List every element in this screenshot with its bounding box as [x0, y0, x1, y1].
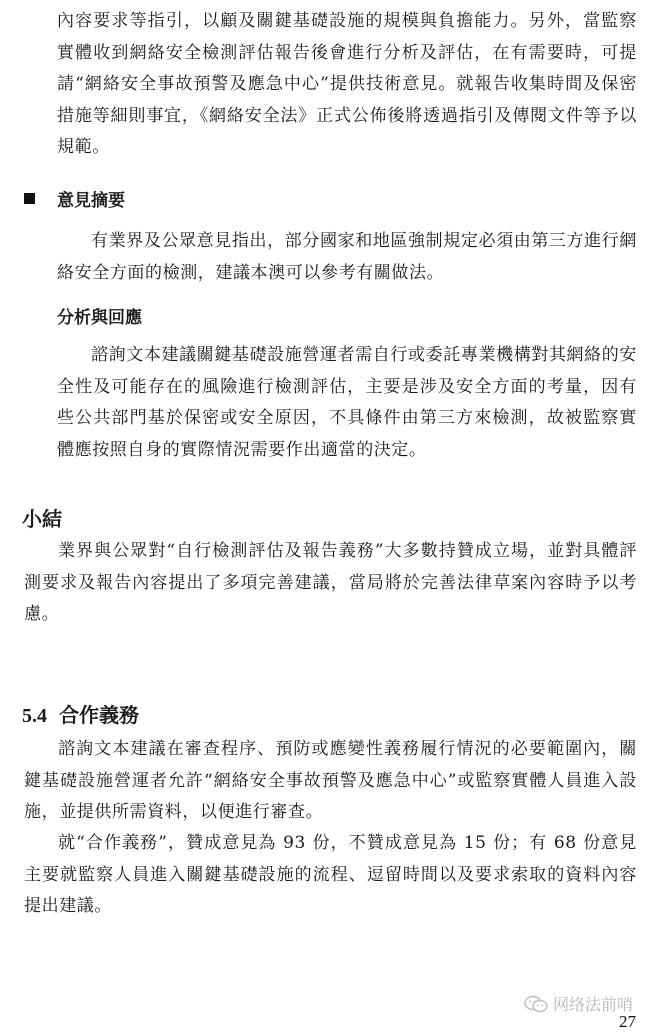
wechat-watermark: 网络法前哨 — [523, 992, 633, 1015]
section-5-4-heading: 5.4合作義務 — [22, 699, 139, 728]
opinion-summary-heading-row: 意見摘要 — [24, 186, 125, 211]
square-bullet-icon — [24, 193, 35, 204]
wechat-icon — [523, 995, 549, 1013]
section-title: 合作義務 — [59, 703, 139, 727]
analysis-paragraph: 諮詢文本建議關鍵基礎設施營運者需自行或委託專業機構對其網絡的安全性及可能存在的風… — [57, 340, 637, 466]
intro-paragraph: 內容要求等指引，以顧及關鍵基礎設施的規模與負擔能力。另外，當監察實體收到網絡安全… — [57, 6, 637, 164]
section-number: 5.4 — [22, 705, 47, 727]
summary-paragraph: 業界與公眾對“自行檢測評估及報告義務”大多數持贊成立場，並對具體評測要求及報告內… — [24, 536, 637, 631]
opinion-summary-paragraph: 有業界及公眾意見指出，部分國家和地區強制規定必須由第三方進行網絡安全方面的檢測，… — [57, 226, 637, 289]
section-5-4-paragraph-2: 就“合作義務”，贊成意見為 93 份，不贊成意見為 15 份；有 68 份意見主… — [24, 828, 637, 923]
document-page: 內容要求等指引，以顧及關鍵基礎設施的規模與負擔能力。另外，當監察實體收到網絡安全… — [0, 0, 660, 1034]
page-number: 27 — [619, 1012, 636, 1032]
section-5-4-paragraph-1: 諮詢文本建議在審查程序、預防或應變性義務履行情況的必要範圍內，關鍵基礎設施營運者… — [24, 734, 637, 829]
analysis-heading: 分析與回應 — [57, 303, 142, 328]
opinion-summary-heading: 意見摘要 — [57, 186, 125, 211]
summary-heading: 小結 — [22, 503, 62, 532]
